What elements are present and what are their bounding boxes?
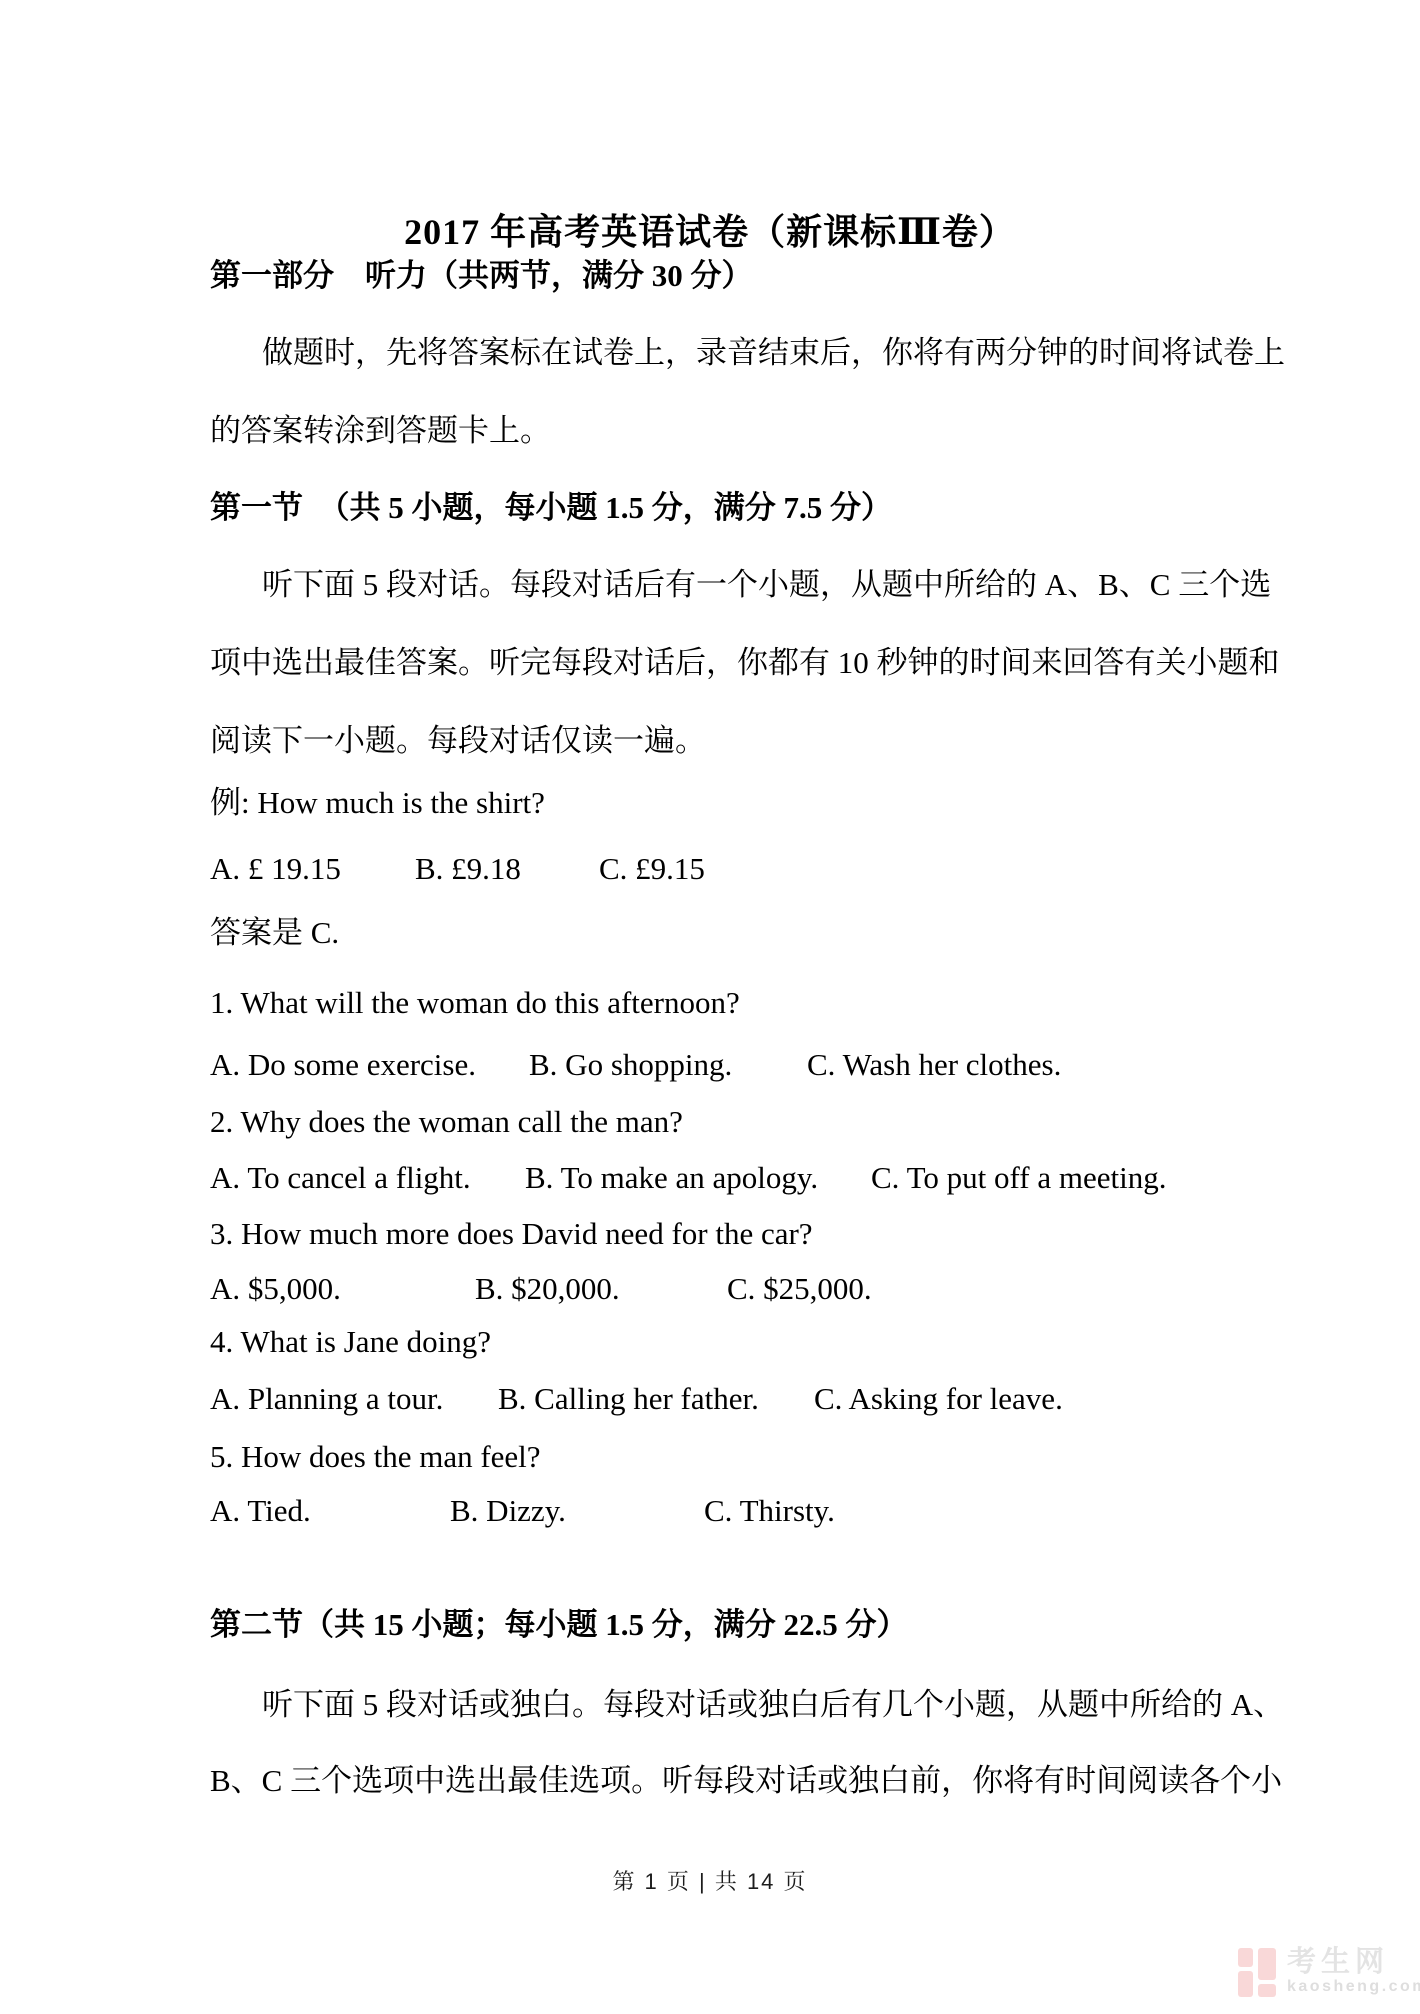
example-option-a: A. £ 19.15 (210, 850, 341, 888)
part1-intro-line2: 的答案转涂到答题卡上。 (210, 412, 551, 450)
question-5-option-a: A. Tied. (210, 1492, 311, 1530)
question-4-option-b: B. Calling her father. (498, 1380, 759, 1418)
question-4-option-c: C. Asking for leave. (814, 1380, 1063, 1418)
question-2-option-b: B. To make an apology. (525, 1159, 818, 1197)
question-2-option-c: C. To put off a meeting. (871, 1159, 1166, 1197)
watermark-brand: 考生网 (1287, 1946, 1420, 1978)
section1-instructions-line2: 项中选出最佳答案。听完每段对话后，你都有 10 秒钟的时间来回答有关小题和 (210, 644, 1280, 682)
section2-instructions-line2: B、C 三个选项中选出最佳选项。听每段对话或独白前，你将有时间阅读各个小 (210, 1762, 1282, 1800)
watermark-text: 考生网 kaosheng.com (1287, 1946, 1420, 1996)
example-option-b: B. £9.18 (415, 850, 521, 888)
question-3-option-b: B. $20,000. (475, 1270, 620, 1308)
kaosheng-logo-icon (1238, 1946, 1278, 1998)
part1-heading: 第一部分 听力（共两节，满分 30 分） (210, 257, 753, 295)
question-4: 4. What is Jane doing? (210, 1323, 491, 1361)
question-1-option-c: C. Wash her clothes. (807, 1046, 1061, 1084)
question-3-option-a: A. $5,000. (210, 1270, 341, 1308)
question-1: 1. What will the woman do this afternoon… (210, 984, 740, 1022)
question-2-option-a: A. To cancel a flight. (210, 1159, 471, 1197)
question-3-option-c: C. $25,000. (727, 1270, 872, 1308)
section1-instructions-line1: 听下面 5 段对话。每段对话后有一个小题，从题中所给的 A、B、C 三个选 (262, 566, 1271, 604)
section1-instructions-line3: 阅读下一小题。每段对话仅读一遍。 (210, 722, 706, 760)
kaosheng-watermark: 考生网 kaosheng.com (1238, 1946, 1420, 1998)
watermark-domain: kaosheng.com (1287, 1978, 1420, 1996)
page-number-footer: 第 1 页 | 共 14 页 (0, 1868, 1420, 1896)
example-options: A. £ 19.15 B. £9.18 C. £9.15 (0, 850, 1420, 888)
section2-heading: 第二节（共 15 小题；每小题 1.5 分，满分 22.5 分） (210, 1606, 908, 1644)
question-1-options: A. Do some exercise. B. Go shopping. C. … (0, 1046, 1420, 1084)
question-1-option-b: B. Go shopping. (529, 1046, 732, 1084)
question-4-options: A. Planning a tour. B. Calling her fathe… (0, 1380, 1420, 1418)
example-question: 例: How much is the shirt? (210, 784, 545, 822)
question-5-options: A. Tied. B. Dizzy. C. Thirsty. (0, 1492, 1420, 1530)
part1-intro-line1: 做题时，先将答案标在试卷上，录音结束后，你将有两分钟的时间将试卷上 (262, 334, 1285, 372)
example-option-c: C. £9.15 (599, 850, 705, 888)
question-1-option-a: A. Do some exercise. (210, 1046, 476, 1084)
section1-heading: 第一节 （共 5 小题，每小题 1.5 分，满分 7.5 分） (210, 489, 892, 527)
question-2: 2. Why does the woman call the man? (210, 1103, 683, 1141)
question-5: 5. How does the man feel? (210, 1438, 541, 1476)
section2-instructions-line1: 听下面 5 段对话或独白。每段对话或独白后有几个小题，从题中所给的 A、 (262, 1686, 1284, 1724)
question-3: 3. How much more does David need for the… (210, 1215, 813, 1253)
page-title: 2017 年高考英语试卷（新课标Ⅲ卷） (0, 210, 1420, 254)
question-2-options: A. To cancel a flight. B. To make an apo… (0, 1159, 1420, 1197)
question-5-option-c: C. Thirsty. (704, 1492, 835, 1530)
example-answer: 答案是 C. (210, 914, 339, 952)
question-3-options: A. $5,000. B. $20,000. C. $25,000. (0, 1270, 1420, 1308)
exam-page: 2017 年高考英语试卷（新课标Ⅲ卷） 第一部分 听力（共两节，满分 30 分）… (0, 0, 1420, 2014)
question-5-option-b: B. Dizzy. (450, 1492, 566, 1530)
question-4-option-a: A. Planning a tour. (210, 1380, 443, 1418)
